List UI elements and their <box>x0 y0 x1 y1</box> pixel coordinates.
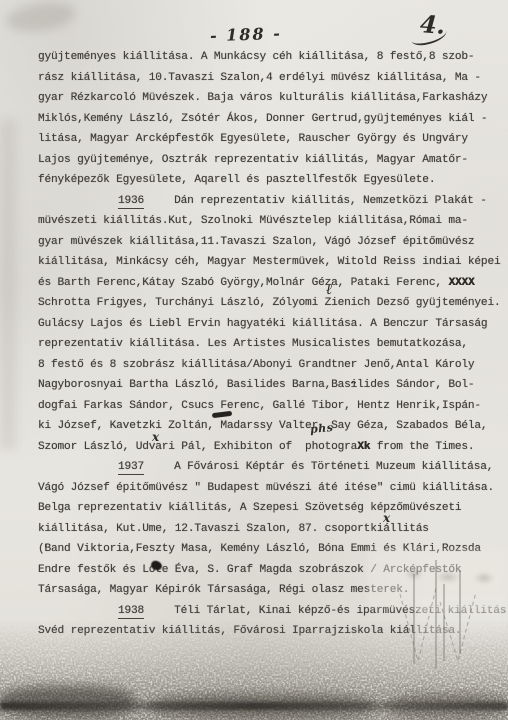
handwritten-insert-zienich: ℓ <box>326 280 332 299</box>
page-header-number: - 188 - <box>210 24 282 45</box>
handwritten-tick-band: ' <box>44 542 48 556</box>
handwritten-mark-hentz: ¨ <box>349 381 356 396</box>
bottom-edge-smudge <box>0 702 508 710</box>
handwritten-note-phs: phs <box>309 421 333 436</box>
handwritten-mark-csoport: x <box>383 511 390 525</box>
handwritten-caret-exhibition: x <box>152 430 159 444</box>
scanned-page: 4. - 188 - gyüjteményes kiállitása. A Mu… <box>0 0 508 720</box>
